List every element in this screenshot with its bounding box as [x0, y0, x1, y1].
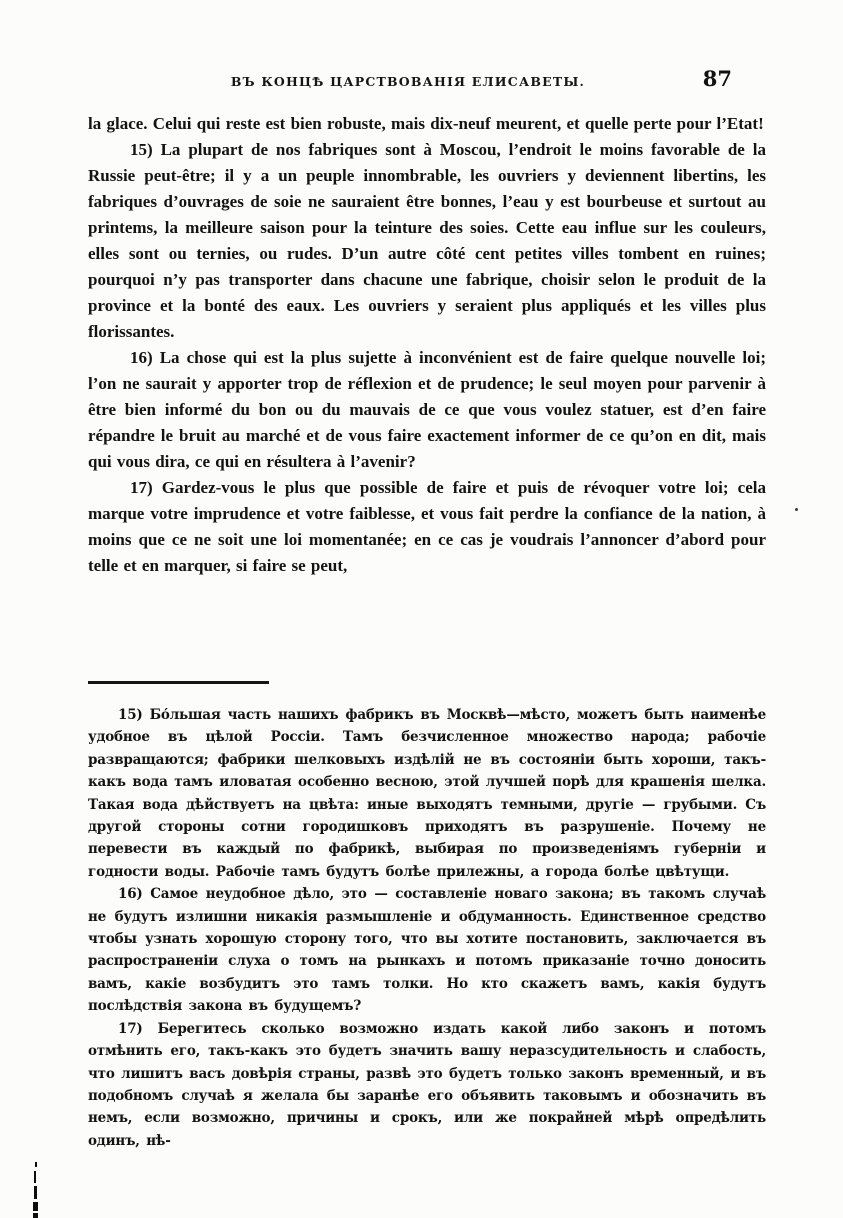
footnote-16: 16) Самое неудобное дѣло, это — составле…	[88, 883, 766, 1017]
paragraph-15: 15) La plupart de nos fabriques sont à M…	[88, 137, 766, 345]
main-text-block: la glace. Celui qui reste est bien robus…	[88, 111, 766, 579]
paragraph-16: 16) La chose qui est la plus sujette à i…	[88, 345, 766, 475]
scanned-book-page: ВЪ КОНЦѢ ЦАРСТВОВАНІЯ ЕЛИСАВЕТЫ. 87 la g…	[0, 0, 843, 1218]
paragraph-17: 17) Gardez-vous le plus que possible de …	[88, 475, 766, 579]
footnote-15: 15) Бо́льшая часть нашихъ фабрикъ въ Мос…	[88, 704, 766, 883]
paper-speck	[795, 508, 798, 511]
page-number: 87	[660, 66, 732, 91]
paragraph-continuation: la glace. Celui qui reste est bien robus…	[88, 111, 766, 137]
footnotes-block: 15) Бо́льшая часть нашихъ фабрикъ въ Мос…	[88, 704, 766, 1152]
footnote-separator-rule	[88, 681, 269, 684]
footnote-17: 17) Берегитесь сколько возможно издать к…	[88, 1018, 766, 1152]
running-header-title: ВЪ КОНЦѢ ЦАРСТВОВАНІЯ ЕЛИСАВЕТЫ.	[88, 74, 728, 89]
